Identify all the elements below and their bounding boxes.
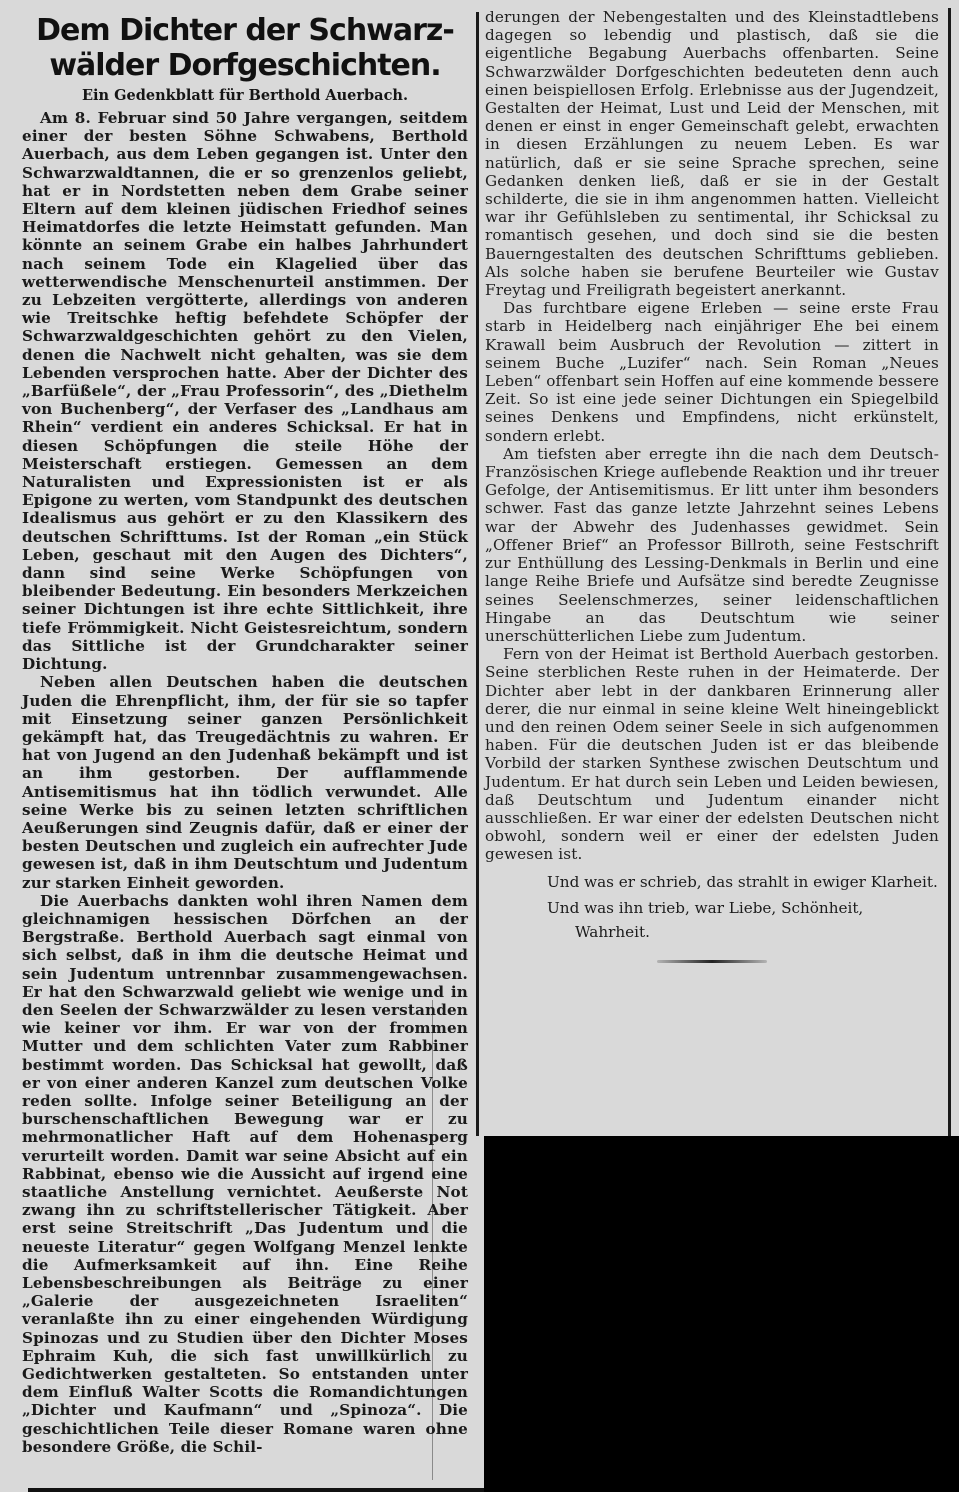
paragraph: Das furchtbare eigene Erleben — seine er… bbox=[485, 299, 939, 445]
subheadline: Ein Gedenkblatt für Berthold Auerbach. bbox=[22, 85, 468, 107]
verse-line: Und was er schrieb, das strahlt in ewige… bbox=[547, 870, 939, 894]
column-border-left bbox=[476, 12, 479, 1136]
paragraph: Am tiefsten aber erregte ihn die nach de… bbox=[485, 445, 939, 645]
blank-region bbox=[484, 1136, 959, 1492]
headline-line-2: wälder Dorfgeschichten. bbox=[22, 48, 468, 83]
end-rule bbox=[657, 960, 767, 963]
left-column: Dem Dichter der Schwarz- wälder Dorfgesc… bbox=[22, 10, 468, 1456]
paragraph: Fern von der Heimat ist Berthold Auerbac… bbox=[485, 645, 939, 863]
column-border-right bbox=[948, 8, 951, 1136]
headline: Dem Dichter der Schwarz- wälder Dorfgesc… bbox=[22, 13, 468, 83]
headline-line-1: Dem Dichter der Schwarz- bbox=[22, 13, 468, 48]
paragraph: Neben allen Deutschen haben die deutsche… bbox=[22, 673, 468, 891]
verse-line: Und was ihn trieb, war Liebe, Schönheit,… bbox=[547, 896, 939, 944]
paragraph: derungen der Nebengestalten und des Klei… bbox=[485, 8, 939, 299]
paragraph: Am 8. Februar sind 50 Jahre vergangen, s… bbox=[22, 109, 468, 673]
newspaper-page: Dem Dichter der Schwarz- wälder Dorfgesc… bbox=[0, 0, 959, 1492]
bottom-rule bbox=[28, 1488, 484, 1492]
closing-verse: Und was er schrieb, das strahlt in ewige… bbox=[547, 870, 939, 944]
right-column: derungen der Nebengestalten und des Klei… bbox=[485, 8, 939, 963]
paragraph: Die Auerbachs dankten wohl ihren Namen d… bbox=[22, 892, 468, 1456]
